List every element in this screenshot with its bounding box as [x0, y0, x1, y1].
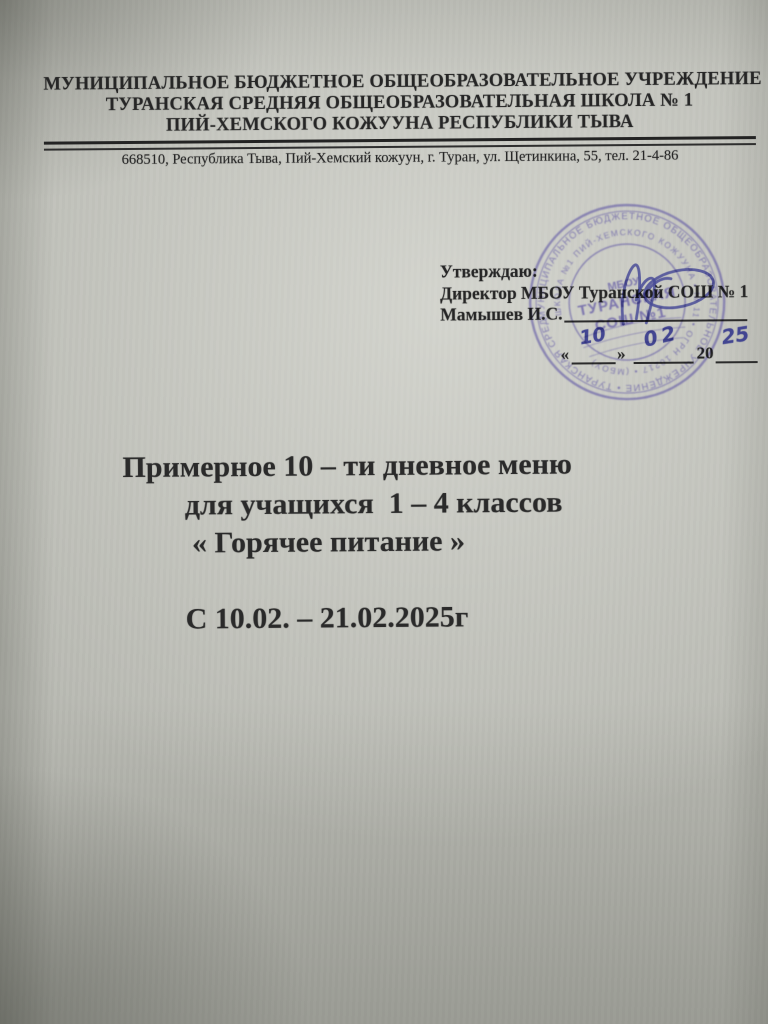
document-photo: МУНИЦИПАЛЬНОЕ БЮДЖЕТНОЕ ОБЩЕОБРАЗОВАТЕЛЬ… — [0, 0, 768, 1024]
letterhead: МУНИЦИПАЛЬНОЕ БЮДЖЕТНОЕ ОБЩЕОБРАЗОВАТЕЛЬ… — [43, 69, 756, 170]
title-period: С 10.02. – 21.02.2025г — [186, 600, 469, 636]
director-signature — [595, 235, 768, 348]
title-line-1: Примерное 10 – ти дневное меню — [122, 448, 572, 486]
paper-sheet: МУНИЦИПАЛЬНОЕ БЮДЖЕТНОЕ ОБЩЕОБРАЗОВАТЕЛЬ… — [0, 0, 768, 1024]
signature-oval-flourish — [641, 264, 717, 314]
org-address: 668510, Республика Тыва, Пий-Хемский кож… — [44, 147, 756, 170]
title-line-3: « Горячее питание » — [192, 524, 465, 560]
title-line-2: для учащихся 1 – 4 классов — [185, 486, 563, 523]
